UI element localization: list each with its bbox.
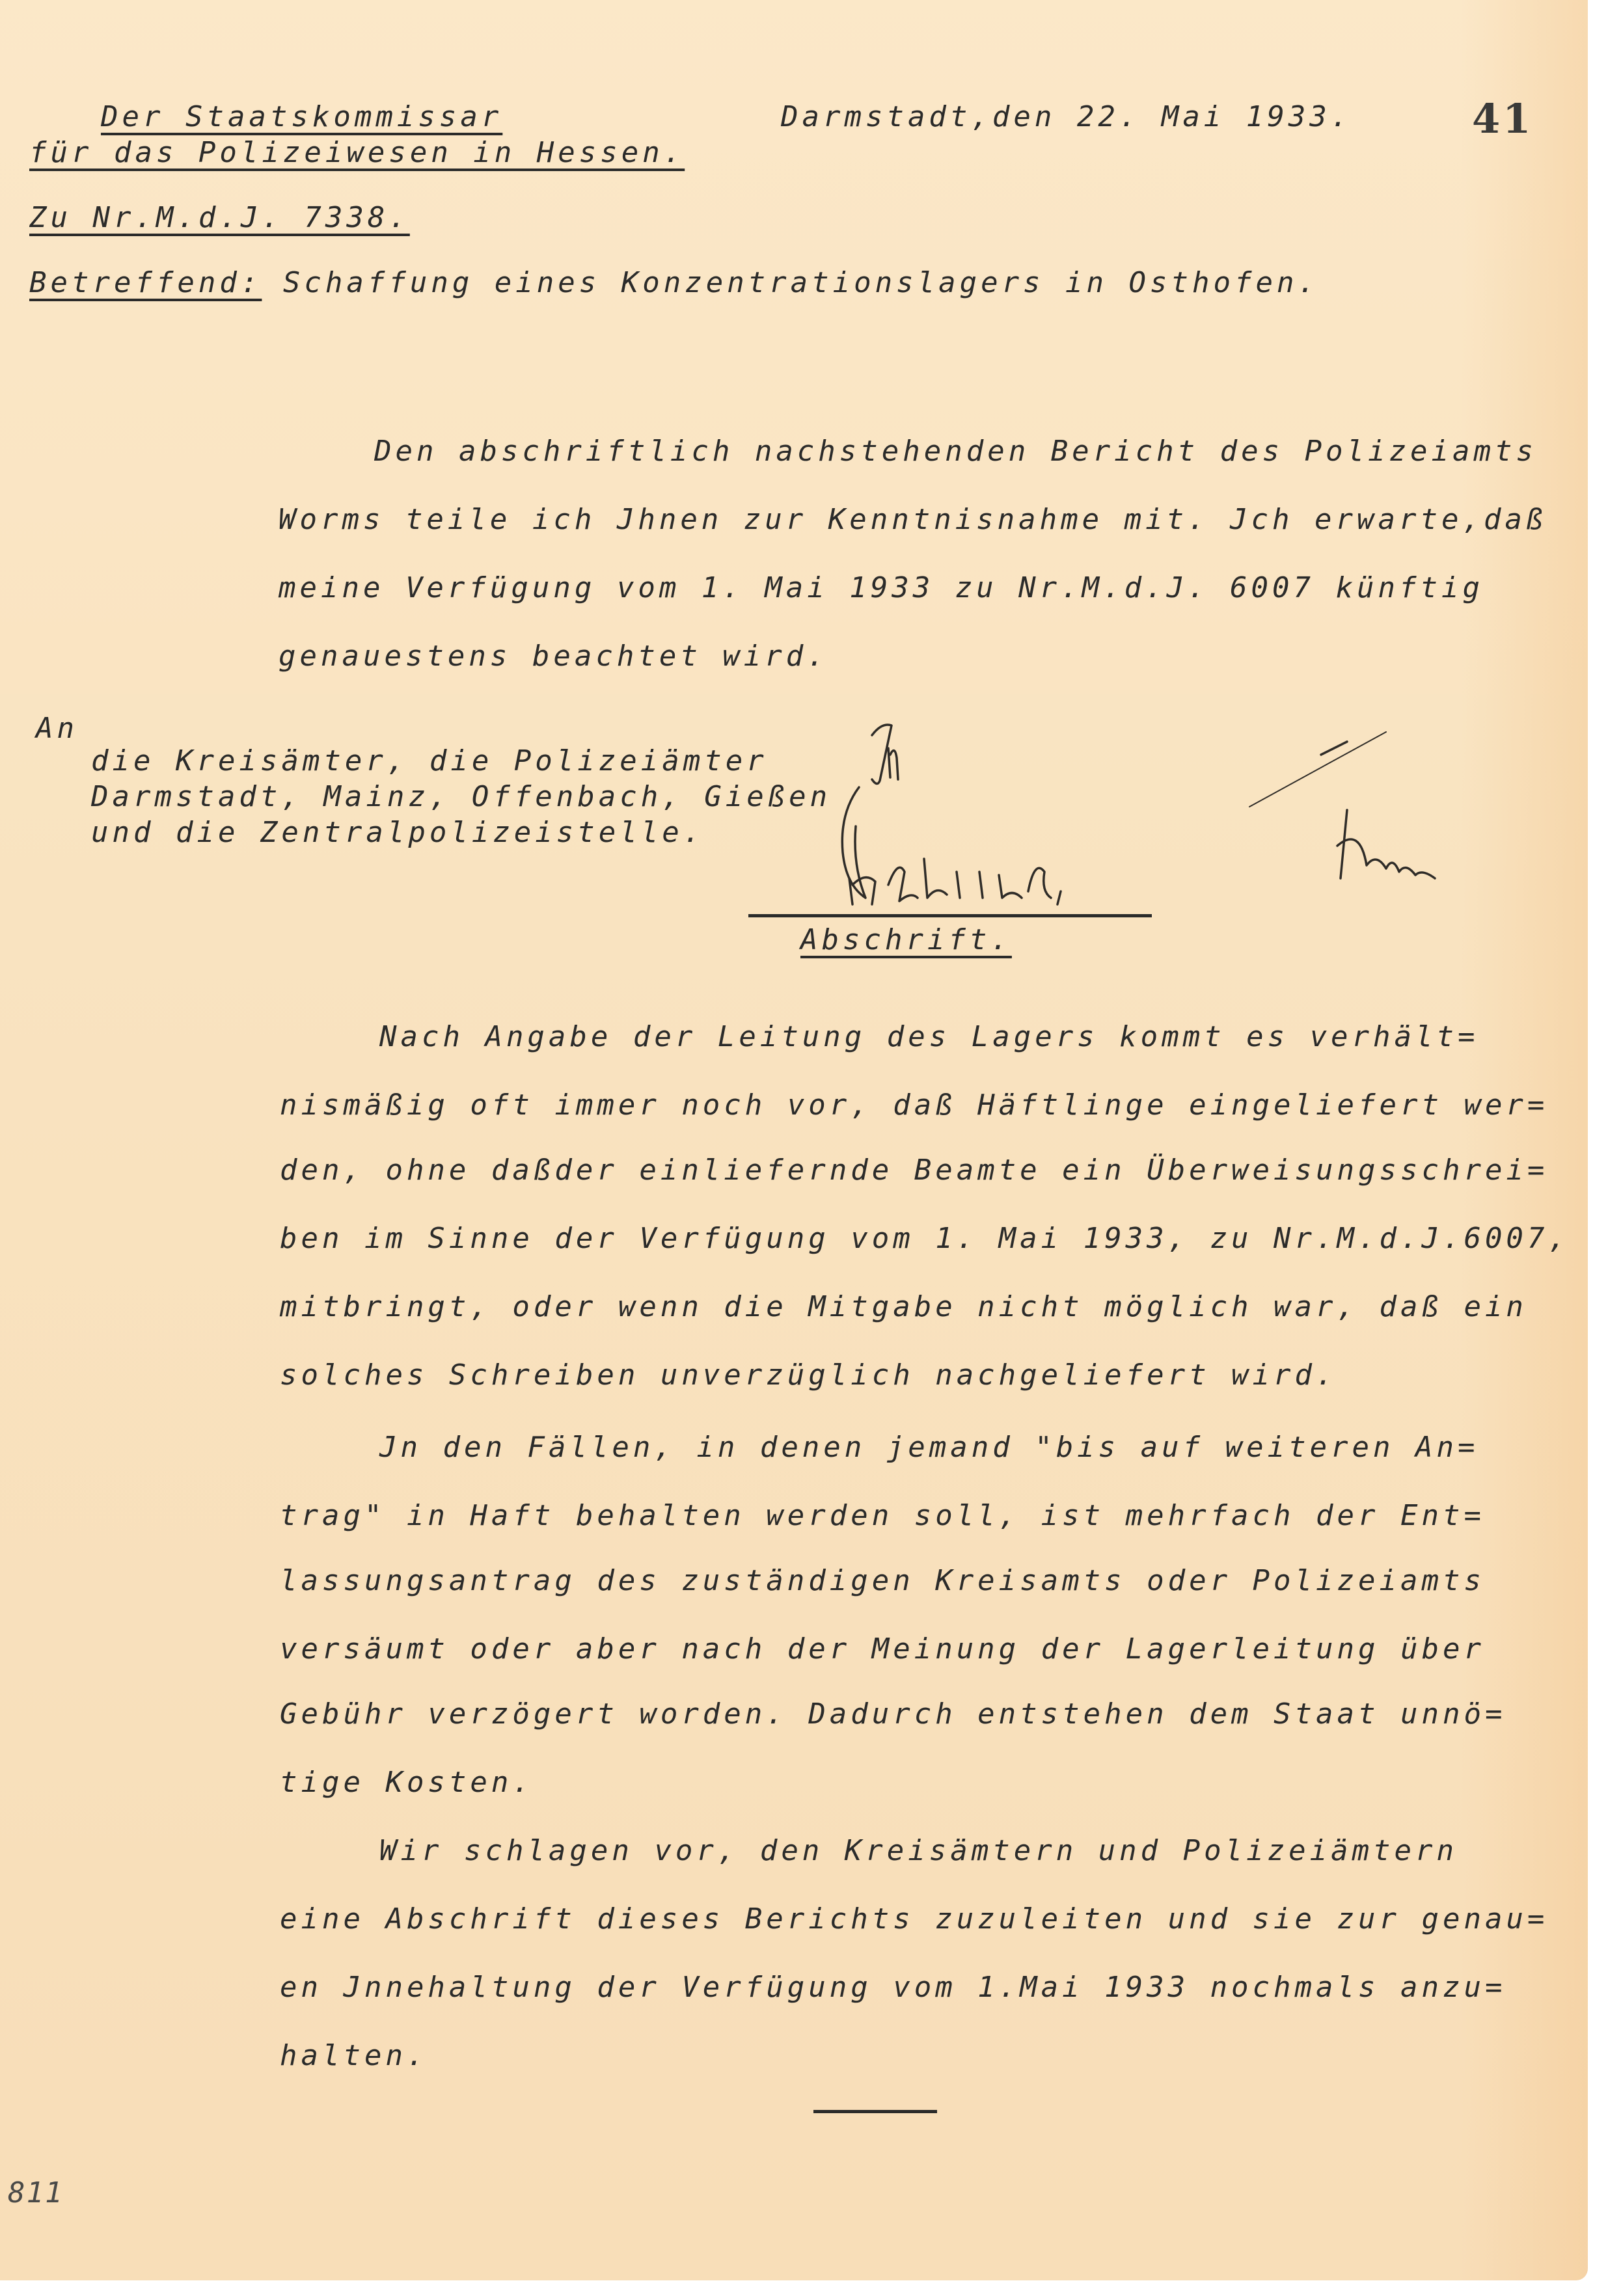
report-line: versäumt oder aber nach der Meinung der … — [280, 1635, 1485, 1664]
report-line: Gebühr verzögert worden. Dadurch entsteh… — [280, 1700, 1506, 1729]
place-date: Darmstadt,den 22. Mai 1933. — [781, 103, 1352, 131]
closing-rule — [813, 2110, 937, 2113]
reference-number: Zu Nr.M.d.J. 7338. — [29, 204, 410, 232]
document-page: Der Staatskommissar für das Polizeiwesen… — [0, 0, 1588, 2280]
addressee-line: die Kreisämter, die Polizeiämter — [91, 747, 768, 776]
addressee-label: An — [36, 714, 78, 743]
report-line: tige Kosten. — [280, 1768, 534, 1797]
report-line: nismäßig oft immer noch vor, daß Häftlin… — [280, 1091, 1548, 1120]
cover-line: meine Verfügung vom 1. Mai 1933 zu Nr.M.… — [279, 574, 1484, 602]
cover-line: Den abschriftlich nachstehenden Bericht … — [374, 437, 1537, 466]
report-line: en Jnnehaltung der Verfügung vom 1.Mai 1… — [280, 1973, 1506, 2002]
handwritten-signature — [826, 696, 1542, 917]
report-line: mitbringt, oder wenn die Mitgabe nicht m… — [280, 1293, 1527, 1321]
cover-line: genauestens beachtet wird. — [279, 642, 828, 671]
copy-heading: Abschrift. — [800, 926, 1012, 954]
sender-line-1: Der Staatskommissar — [101, 103, 502, 131]
subject-line: Betreffend: Schaffung eines Konzentratio… — [29, 269, 1319, 297]
sender-line-2: für das Polizeiwesen in Hessen. — [29, 139, 685, 167]
addressee-line: und die Zentralpolizeistelle. — [91, 818, 704, 847]
report-line: solches Schreiben unverzüglich nachgelie… — [280, 1361, 1337, 1390]
report-line: trag" in Haft behalten werden soll, ist … — [280, 1502, 1485, 1530]
page-number: 41 — [1472, 95, 1533, 142]
report-line: Wir schlagen vor, den Kreisämtern und Po… — [379, 1837, 1458, 1865]
report-line: den, ohne daßder einliefernde Beamte ein… — [280, 1156, 1548, 1185]
separator-rule — [748, 914, 1152, 917]
report-line: Nach Angabe der Leitung des Lagers kommt… — [379, 1023, 1479, 1051]
report-line: eine Abschrift dieses Berichts zuzuleite… — [280, 1905, 1548, 1934]
subject-label: Betreffend: — [29, 266, 262, 299]
addressee-line: Darmstadt, Mainz, Offenbach, Gießen — [91, 783, 831, 811]
archive-mark: 811 — [8, 2176, 63, 2209]
report-line: ben im Sinne der Verfügung vom 1. Mai 19… — [280, 1224, 1570, 1253]
report-line: lassungsantrag des zuständigen Kreisamts… — [280, 1567, 1485, 1595]
report-line: halten. — [280, 2042, 428, 2070]
report-line: Jn den Fällen, in denen jemand "bis auf … — [379, 1433, 1479, 1462]
cover-line: Worms teile ich Jhnen zur Kenntnisnahme … — [279, 506, 1547, 534]
subject-text: Schaffung eines Konzentrationslagers in … — [262, 266, 1319, 299]
